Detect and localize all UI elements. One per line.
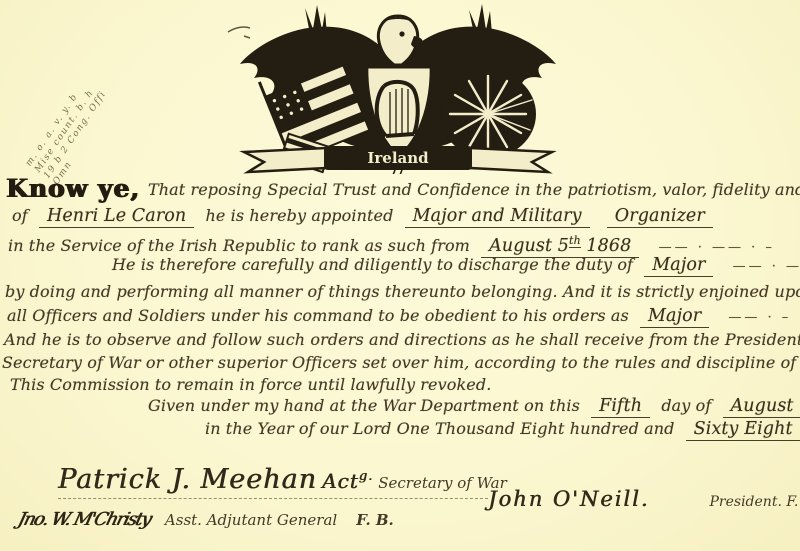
- line-text: Given under my hand at the War Departmen…: [148, 396, 580, 415]
- rank-entry: Major: [640, 306, 709, 328]
- rank-entry: Major and Military: [405, 206, 590, 228]
- ordinal-suffix: th: [569, 234, 581, 248]
- line-text: in the Service of the Irish Republic to …: [8, 236, 470, 255]
- line-text: He is therefore carefully and diligently…: [112, 255, 633, 274]
- secretary-suffix-sup: g.: [359, 469, 373, 484]
- date-entry: August 5th 1868: [481, 231, 639, 258]
- opening-word: Know ye,: [6, 174, 140, 203]
- body-line-7: And he is to observe and follow such ord…: [4, 330, 800, 350]
- body-line-11: in the Year of our Lord One Thousand Eig…: [205, 419, 800, 441]
- secretary-signature-name: Patrick J. Meehan: [58, 464, 317, 495]
- line-text: of: [12, 206, 28, 225]
- fenian-eagle-emblem: Ireland: [226, 2, 570, 174]
- duty-entry: Major: [644, 255, 713, 277]
- line-text: he is hereby appointed: [206, 206, 394, 225]
- month-entry: August: [723, 396, 800, 418]
- body-line-2: of Henri Le Caron he is hereby appointed…: [12, 206, 719, 228]
- ribbon-label: Ireland: [367, 149, 429, 167]
- president-signature: John O'Neill. President. F. B.: [488, 484, 800, 514]
- body-line-1: Know ye,That reposing Special Trust and …: [6, 178, 800, 200]
- body-line-5: by doing and performing all manner of th…: [5, 282, 800, 302]
- line-text: in the Year of our Lord One Thousand Eig…: [205, 419, 674, 438]
- president-signature-name: John O'Neill.: [488, 487, 649, 511]
- rank-entry: Organizer: [607, 206, 713, 228]
- date-text: 1868: [581, 236, 632, 256]
- fill-dashes: —— · –: [728, 310, 791, 325]
- line-text: That reposing Special Trust and Confiden…: [148, 180, 800, 199]
- appointee-name: Henri Le Caron: [39, 206, 194, 228]
- body-line-10: Given under my hand at the War Departmen…: [148, 396, 800, 418]
- body-line-3: in the Service of the Irish Republic to …: [8, 231, 775, 258]
- fill-dashes: —— · —— · –: [659, 240, 775, 255]
- adjutant-title: Asst. Adjutant General: [165, 511, 337, 529]
- line-text: by doing and performing all manner of th…: [5, 282, 800, 301]
- line-text: Secretary of War or other superior Offic…: [2, 353, 800, 372]
- date-text: August 5: [489, 236, 569, 256]
- secretary-signature-suffix: Act: [322, 469, 359, 493]
- adjutant-signature: Jno. W. M'Christy Asst. Adjutant General…: [18, 510, 394, 530]
- day-entry: Fifth: [591, 396, 650, 418]
- line-text: And he is to observe and follow such ord…: [4, 330, 800, 349]
- body-line-6: all Officers and Soldiers under his comm…: [7, 306, 791, 328]
- commission-certificate-page: Ireland m. o. a. v. y. b Mise count. b. …: [0, 0, 800, 551]
- emblem-svg: Ireland: [226, 2, 570, 174]
- line-text: all Officers and Soldiers under his comm…: [7, 306, 629, 325]
- body-line-9: This Commission to remain in force until…: [10, 375, 491, 395]
- fill-dashes: —— · ——: [733, 259, 800, 274]
- body-line-4: He is therefore carefully and diligently…: [112, 255, 800, 277]
- sunburst-icon: [440, 70, 536, 158]
- marginal-annotation: m. o. a. v. y. b Mise count. b. h 19 b 2…: [24, 38, 133, 179]
- signature-flourish-line: [58, 498, 488, 499]
- adjutant-signature-name: Jno. W. M'Christy: [16, 510, 153, 530]
- ireland-ribbon: Ireland: [244, 146, 552, 174]
- president-title: President. F. B.: [710, 494, 800, 510]
- adjutant-org: F. B.: [356, 511, 394, 529]
- line-text: This Commission to remain in force until…: [10, 375, 491, 394]
- stray-mark: [228, 27, 250, 38]
- body-line-8: Secretary of War or other superior Offic…: [2, 353, 800, 373]
- line-text: day of: [661, 396, 711, 415]
- secretary-signature: Patrick J. Meehan Actg. Secretary of War: [58, 462, 507, 499]
- year-entry: Sixty Eight: [686, 419, 800, 441]
